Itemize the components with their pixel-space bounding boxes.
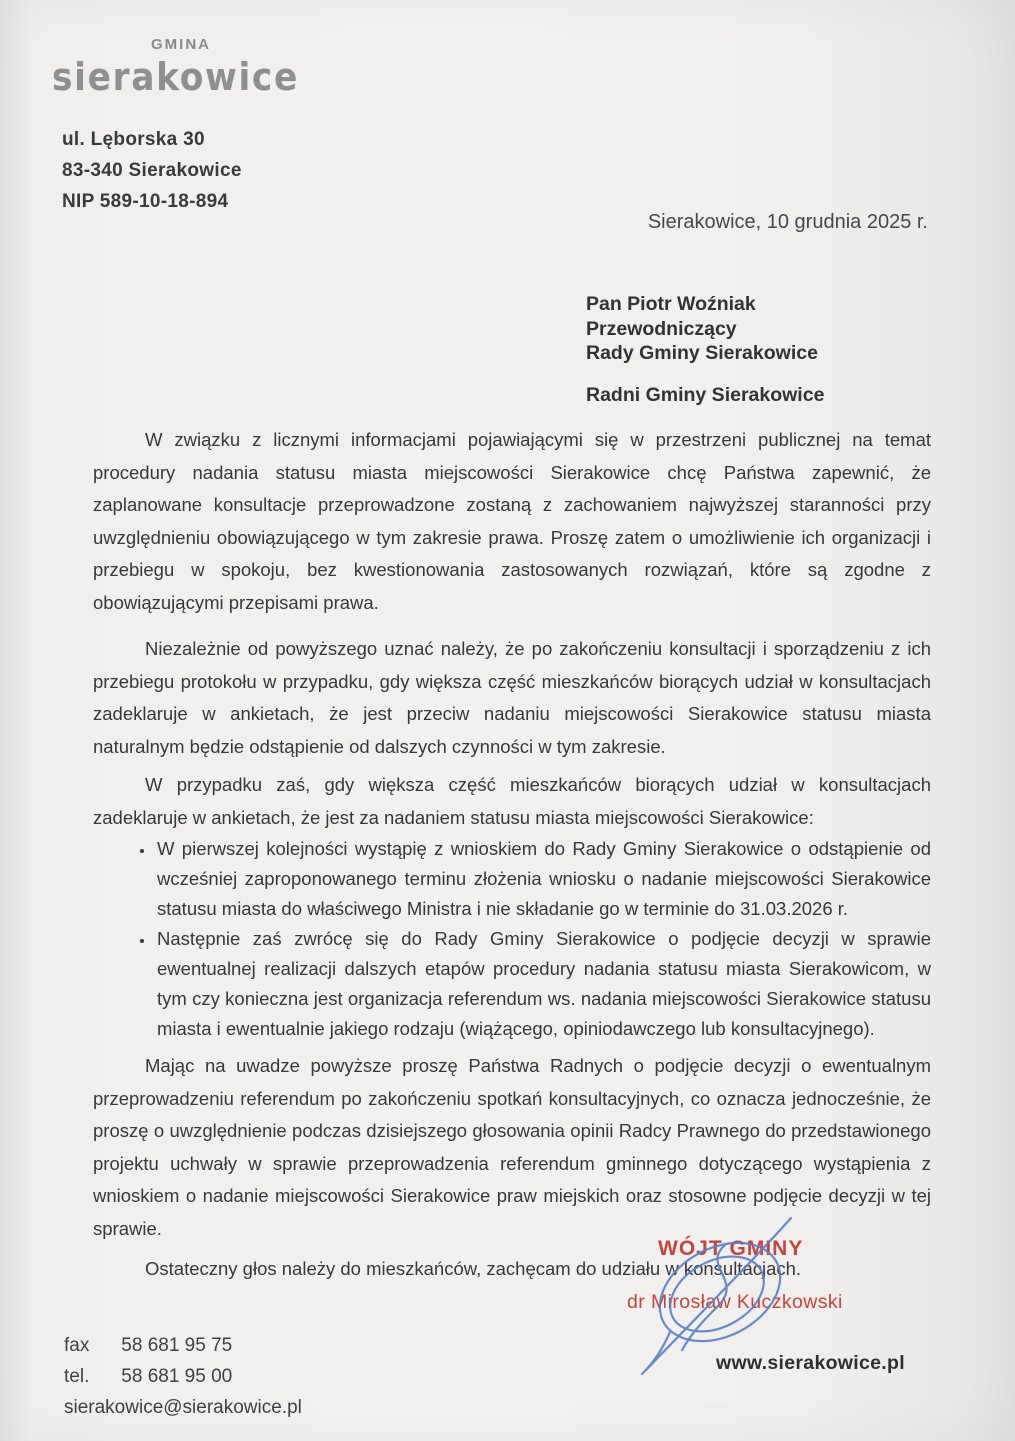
sender-address: ul. Lęborska 30 83-340 Sierakowice NIP 5… (62, 124, 242, 217)
list-item: W pierwszej kolejności wystąpię z wniosk… (155, 834, 931, 924)
tel-number: 58 681 95 00 (121, 1366, 232, 1387)
stamp-title: WÓJT GMINY (658, 1237, 803, 1261)
paragraph-2: Niezależnie od powyższego uznać należy, … (93, 633, 931, 763)
website-url: www.sierakowice.pl (716, 1352, 905, 1375)
list-item: Następnie zaś zwrócę się do Rady Gminy S… (155, 924, 931, 1044)
sender-city: 83-340 Sierakowice (62, 155, 242, 186)
letter-page: GMINA SIERAKOWICE ul. Lęborska 30 83-340… (0, 0, 1015, 1441)
recipient-block: Pan Piotr Woźniak Przewodniczący Rady Gm… (586, 292, 818, 366)
recipient-extra: Radni Gminy Sierakowice (586, 384, 824, 407)
municipality-logo: SIERAKOWICE (52, 54, 299, 99)
paragraph-5: Ostateczny głos należy do mieszkańców, z… (93, 1253, 931, 1286)
sender-street: ul. Lęborska 30 (62, 124, 242, 155)
paragraph-4: Mając na uwadze powyższe proszę Państwa … (93, 1050, 931, 1245)
fax-line: fax 58 681 95 75 (64, 1330, 302, 1361)
recipient-role: Przewodniczący (586, 317, 818, 342)
bullet-list: W pierwszej kolejności wystąpię z wniosk… (131, 834, 931, 1044)
recipient-org: Rady Gminy Sierakowice (586, 341, 818, 366)
fax-number: 58 681 95 75 (121, 1335, 232, 1356)
tel-line: tel. 58 681 95 00 (64, 1361, 302, 1392)
tel-label: tel. (64, 1361, 116, 1392)
paragraph-3-intro: W przypadku zaś, gdy większa część miesz… (93, 769, 931, 834)
dateline: Sierakowice, 10 grudnia 2025 r. (0, 211, 928, 234)
contact-block: fax 58 681 95 75 tel. 58 681 95 00 siera… (64, 1330, 302, 1423)
paragraph-1: W związku z licznymi informacjami pojawi… (93, 424, 931, 619)
logo-gmina-label: GMINA (151, 36, 211, 53)
recipient-name: Pan Piotr Woźniak (586, 292, 818, 317)
stamp-signer-name: dr Mirosław Kuczkowski (627, 1291, 843, 1314)
email-address: sierakowice@sierakowice.pl (64, 1392, 302, 1423)
letter-body: W związku z licznymi informacjami pojawi… (93, 424, 931, 1286)
fax-label: fax (64, 1330, 116, 1361)
